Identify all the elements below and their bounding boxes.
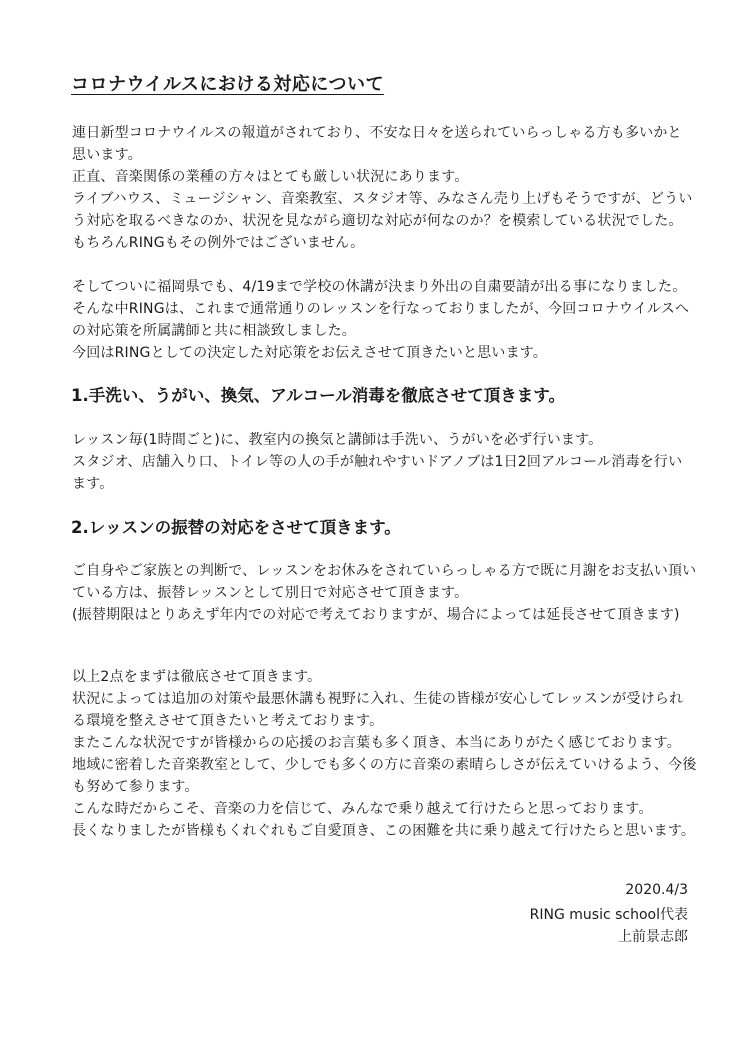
closing-line: 地域に密着した音楽教室として、少しでも多くの方に音楽の素晴らしさが伝えていけるよ…: [72, 754, 697, 774]
closing-line: こんな時だからこそ、音楽の力を信じて、みんなで乗り越えて行けたらと思っております…: [72, 798, 653, 818]
section2-line: ている方は、振替レッスンとして別日で対応させて頂きます。: [72, 582, 468, 602]
section1-line: スタジオ、店舗入り口、トイレ等の人の手が触れやすいドアノブは1日2回アルコール消…: [72, 451, 682, 471]
intro-line: もちろんRINGもその例外ではございません。: [72, 232, 364, 252]
intro-line: 正直、音楽関係の業種の方々はとても厳しい状況にあります。: [72, 166, 468, 186]
section1-line: レッスン毎(1時間ごと)に、教室内の換気と講師は手洗い、うがいを必ず行います。: [72, 429, 602, 449]
signature-organization: RING music school代表: [530, 904, 688, 924]
signature-date: 2020.4/3: [625, 882, 688, 898]
section2-line: (振替期限はとりあえず年内での対応で考えておりますが、場合によっては延長させて頂…: [72, 604, 680, 624]
closing-line: 長くなりましたが皆様もくれぐれもご自愛頂き、この困難を共に乗り越えて行けたらと思…: [72, 820, 695, 840]
document-title: コロナウイルスにおける対応について: [71, 70, 384, 96]
document-page: コロナウイルスにおける対応について 連日新型コロナウイルスの報道がされており、不…: [0, 0, 750, 1061]
intro-line: 連日新型コロナウイルスの報道がされており、不安な日々を送られていらっしゃる方も多…: [72, 122, 682, 142]
context-line: 今回はRINGとしての決定した対応策をお伝えさせて頂きたいと思います。: [72, 342, 547, 362]
section2-heading: 2.レッスンの振替の対応をさせて頂きます。: [71, 514, 401, 538]
closing-line: る環境を整えさせて頂きたいと考えております。: [72, 710, 383, 730]
closing-line: も努めて参ります。: [72, 776, 199, 796]
intro-line: う対応を取るべきなのか、状況を見ながら適切な対応が何なのか？を模索している状況で…: [72, 210, 683, 230]
section1-line: ます。: [72, 473, 113, 493]
section1-heading: 1.手洗い、うがい、換気、アルコール消毒を徹底させて頂きます。: [71, 382, 565, 406]
context-line: の対応策を所属講師と共に相談致しました。: [72, 320, 356, 340]
intro-line: ライブハウス、ミュージシャン、音楽教室、スタジオ等、みなさん売り上げもそうですが…: [72, 188, 693, 208]
section2-line: ご自身やご家族との判断で、レッスンをお休みをされていらっしゃる方で既に月謝をお支…: [72, 560, 696, 580]
closing-line: 状況によっては追加の対策や最悪休講も視野に入れ、生徒の皆様が安心してレッスンが受…: [72, 688, 683, 708]
closing-line: またこんな状況ですが皆様からの応援のお言葉も多く頂き、本当にありがたく感じており…: [72, 732, 681, 752]
intro-line: 思います。: [72, 144, 142, 164]
context-line: そんな中RINGは、これまで通常通りのレッスンを行なっておりましたが、今回コロナ…: [72, 298, 689, 318]
context-line: そしてついに福岡県でも、4/19まで学校の休講が決まり外出の自粛要請が出る事にな…: [72, 276, 686, 296]
closing-line: 以上2点をまずは徹底させて頂きます。: [72, 666, 321, 686]
signature-name: 上前景志郎: [618, 926, 688, 946]
